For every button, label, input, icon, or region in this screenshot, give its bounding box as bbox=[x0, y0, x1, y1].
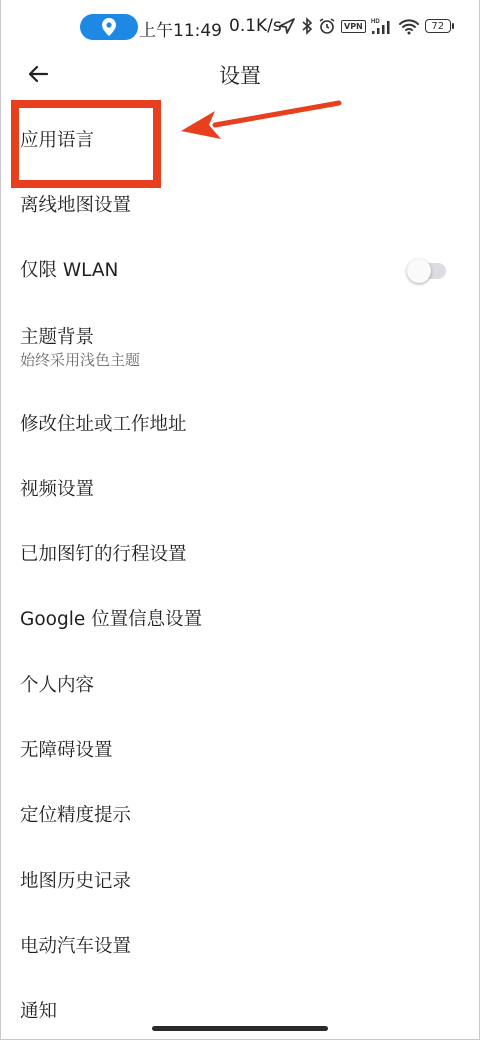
setting-pinned-trips[interactable]: 已加图钉的行程设置 bbox=[0, 522, 480, 587]
setting-ev[interactable]: 电动汽车设置 bbox=[0, 914, 480, 979]
battery-level: 72 bbox=[425, 19, 451, 33]
setting-video[interactable]: 视频设置 bbox=[0, 457, 480, 522]
location-pill[interactable] bbox=[80, 14, 138, 40]
hd-signal-icon: HD bbox=[371, 17, 393, 35]
wifi-icon bbox=[398, 17, 420, 35]
vpn-icon: VPN bbox=[341, 20, 366, 33]
toggle-knob bbox=[407, 259, 431, 283]
location-pin-icon bbox=[102, 18, 116, 36]
page-title: 设置 bbox=[0, 60, 480, 90]
setting-label: 定位精度提示 bbox=[20, 804, 480, 828]
setting-label: 修改住址或工作地址 bbox=[20, 413, 480, 437]
setting-wifi-only[interactable]: 仅限 WLAN bbox=[0, 239, 480, 304]
setting-label: 无障碍设置 bbox=[20, 739, 480, 763]
setting-personal-content[interactable]: 个人内容 bbox=[0, 653, 480, 718]
setting-google-location[interactable]: Google 位置信息设置 bbox=[0, 588, 480, 653]
setting-maps-history[interactable]: 地图历史记录 bbox=[0, 849, 480, 914]
setting-location-accuracy[interactable]: 定位精度提示 bbox=[0, 784, 480, 849]
setting-label: 已加图钉的行程设置 bbox=[20, 543, 480, 567]
setting-accessibility[interactable]: 无障碍设置 bbox=[0, 718, 480, 783]
app-bar: 设置 bbox=[0, 52, 480, 96]
svg-text:HD: HD bbox=[371, 19, 380, 25]
setting-label: 主题背景 bbox=[20, 326, 480, 350]
setting-label: 通知 bbox=[20, 1000, 480, 1024]
setting-label: 离线地图设置 bbox=[20, 194, 480, 218]
settings-list: 应用语言 离线地图设置 仅限 WLAN 主题背景 始终采用浅色主题 修改住址或工… bbox=[0, 108, 480, 1040]
setting-label: 个人内容 bbox=[20, 674, 480, 698]
setting-theme[interactable]: 主题背景 始终采用浅色主题 bbox=[0, 304, 480, 392]
navigation-arrow-icon bbox=[278, 17, 296, 35]
clock: 上午11:49 bbox=[139, 16, 222, 41]
setting-label: 视频设置 bbox=[20, 478, 480, 502]
alarm-icon bbox=[318, 17, 336, 35]
setting-subtitle: 始终采用浅色主题 bbox=[20, 350, 480, 370]
bluetooth-icon bbox=[301, 17, 313, 35]
setting-label: 地图历史记录 bbox=[20, 870, 480, 894]
battery-icon: 72 bbox=[425, 19, 454, 33]
wifi-only-toggle[interactable] bbox=[410, 261, 446, 281]
highlight-box bbox=[11, 100, 161, 188]
status-bar: 上午11:49 0.1K/s VPN HD 72 bbox=[0, 12, 480, 44]
setting-label: 电动汽车设置 bbox=[20, 935, 480, 959]
network-speed: 0.1K/s bbox=[229, 16, 282, 36]
home-indicator[interactable] bbox=[152, 1026, 328, 1031]
setting-home-work-address[interactable]: 修改住址或工作地址 bbox=[0, 392, 480, 457]
setting-label: Google 位置信息设置 bbox=[20, 608, 480, 632]
annotation-arrow-icon bbox=[175, 95, 345, 145]
